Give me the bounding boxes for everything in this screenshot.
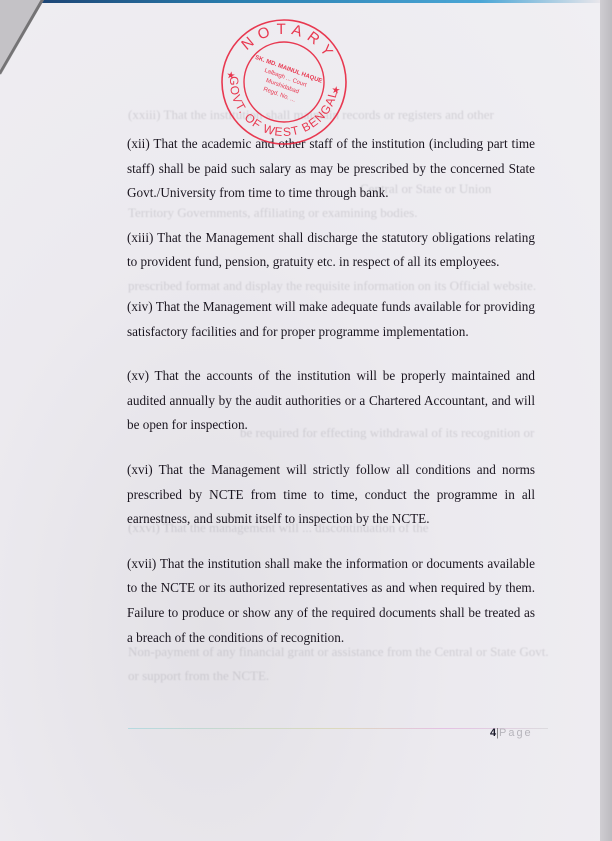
notary-stamp: NOTARY GOVT. OF WEST BENGAL ★ ★ SK. MD. … bbox=[220, 18, 348, 146]
clause-xvi: (xvi) That the Management will strictly … bbox=[127, 458, 535, 532]
svg-text:★: ★ bbox=[226, 70, 236, 82]
clause-xvii: (xvii) That the institution shall make t… bbox=[127, 552, 535, 650]
stamp-top-text: NOTARY bbox=[237, 14, 343, 66]
clause-xiii: (xiii) That the Management shall dischar… bbox=[127, 226, 535, 275]
page-number: 4|Page bbox=[490, 727, 533, 739]
footer-divider bbox=[128, 728, 548, 729]
bleed-through-line: or support from the NCTE. bbox=[128, 668, 269, 684]
scanner-top-edge bbox=[0, 0, 600, 3]
svg-text:★: ★ bbox=[331, 85, 341, 97]
document-body: (xii) That the academic and other staff … bbox=[127, 132, 535, 670]
clause-xiv: (xiv) That the Management will make adeq… bbox=[127, 295, 535, 344]
page-label: Page bbox=[499, 727, 533, 739]
clause-xv: (xv) That the accounts of the institutio… bbox=[127, 364, 535, 438]
scanner-edge bbox=[600, 0, 612, 841]
